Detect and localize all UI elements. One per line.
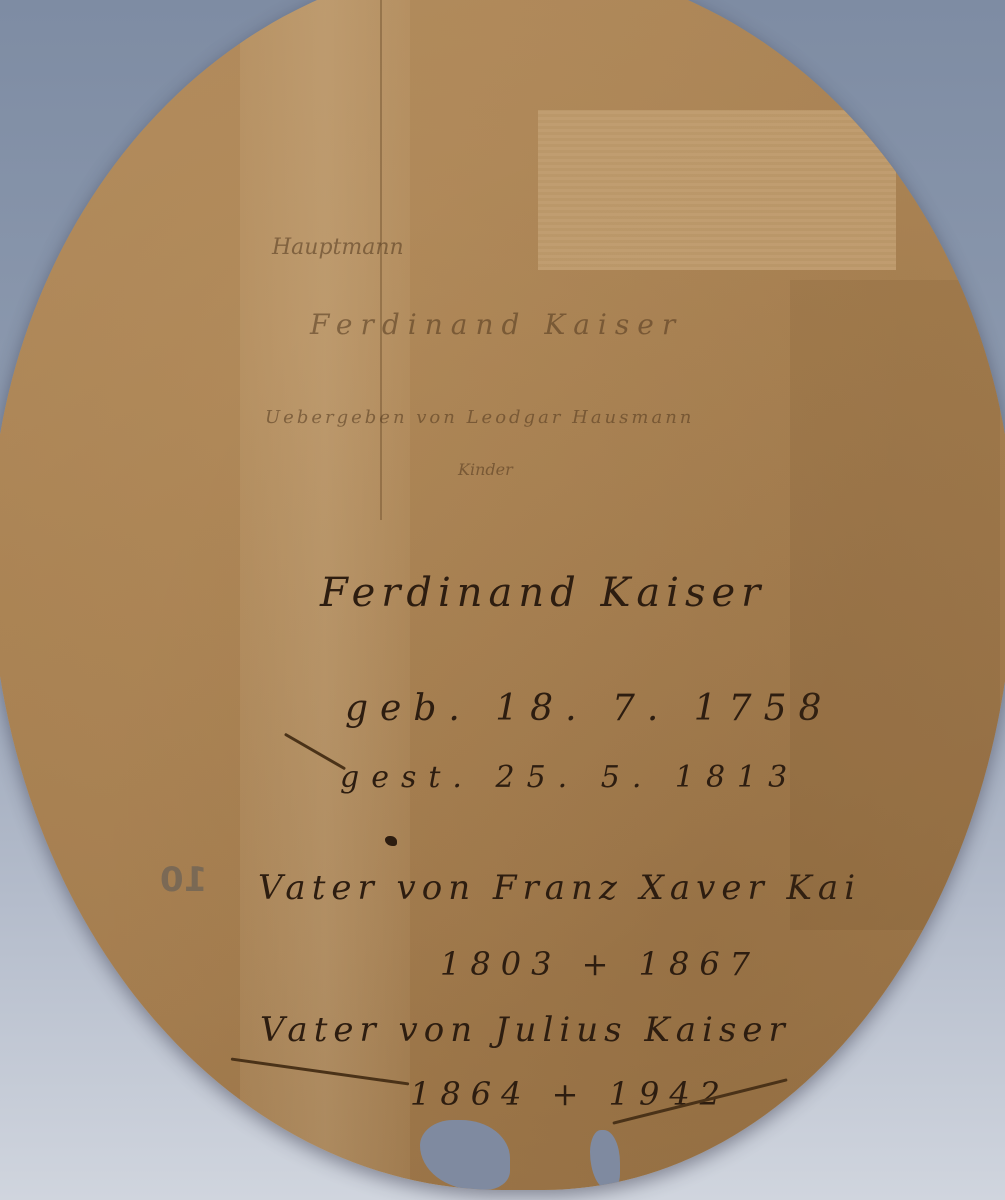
torn-hole-1 (420, 1120, 510, 1190)
ink-blot (385, 836, 397, 846)
pencil-note-4: Kinder (458, 460, 513, 479)
inscription-father-of-2: Vater von Julius Kaiser (260, 1010, 791, 1050)
pencil-note-3: Uebergeben von Leodgar Hausmann (265, 407, 694, 428)
inscription-father-of-1: Vater von Franz Xaver Kai (258, 868, 861, 908)
inscription-name: Ferdinand Kaiser (320, 570, 766, 616)
fold-line (380, 0, 382, 520)
pencil-note-1: Hauptmann (272, 235, 404, 260)
stamp-fragment: 10 (160, 860, 207, 900)
tear-3 (284, 733, 346, 771)
paper-patch (538, 110, 896, 270)
inscription-father-of-1-years: 1803 + 1867 (440, 945, 760, 983)
inscription-died: gest. 25. 5. 1813 (340, 760, 799, 795)
torn-hole-2 (590, 1130, 620, 1190)
inscription-born: geb. 18. 7. 1758 (345, 688, 833, 729)
pencil-note-2: Ferdinand Kaiser (310, 308, 683, 341)
aged-paper: Hauptmann Ferdinand Kaiser Uebergeben vo… (0, 0, 1005, 1190)
tear-1 (231, 1057, 410, 1085)
